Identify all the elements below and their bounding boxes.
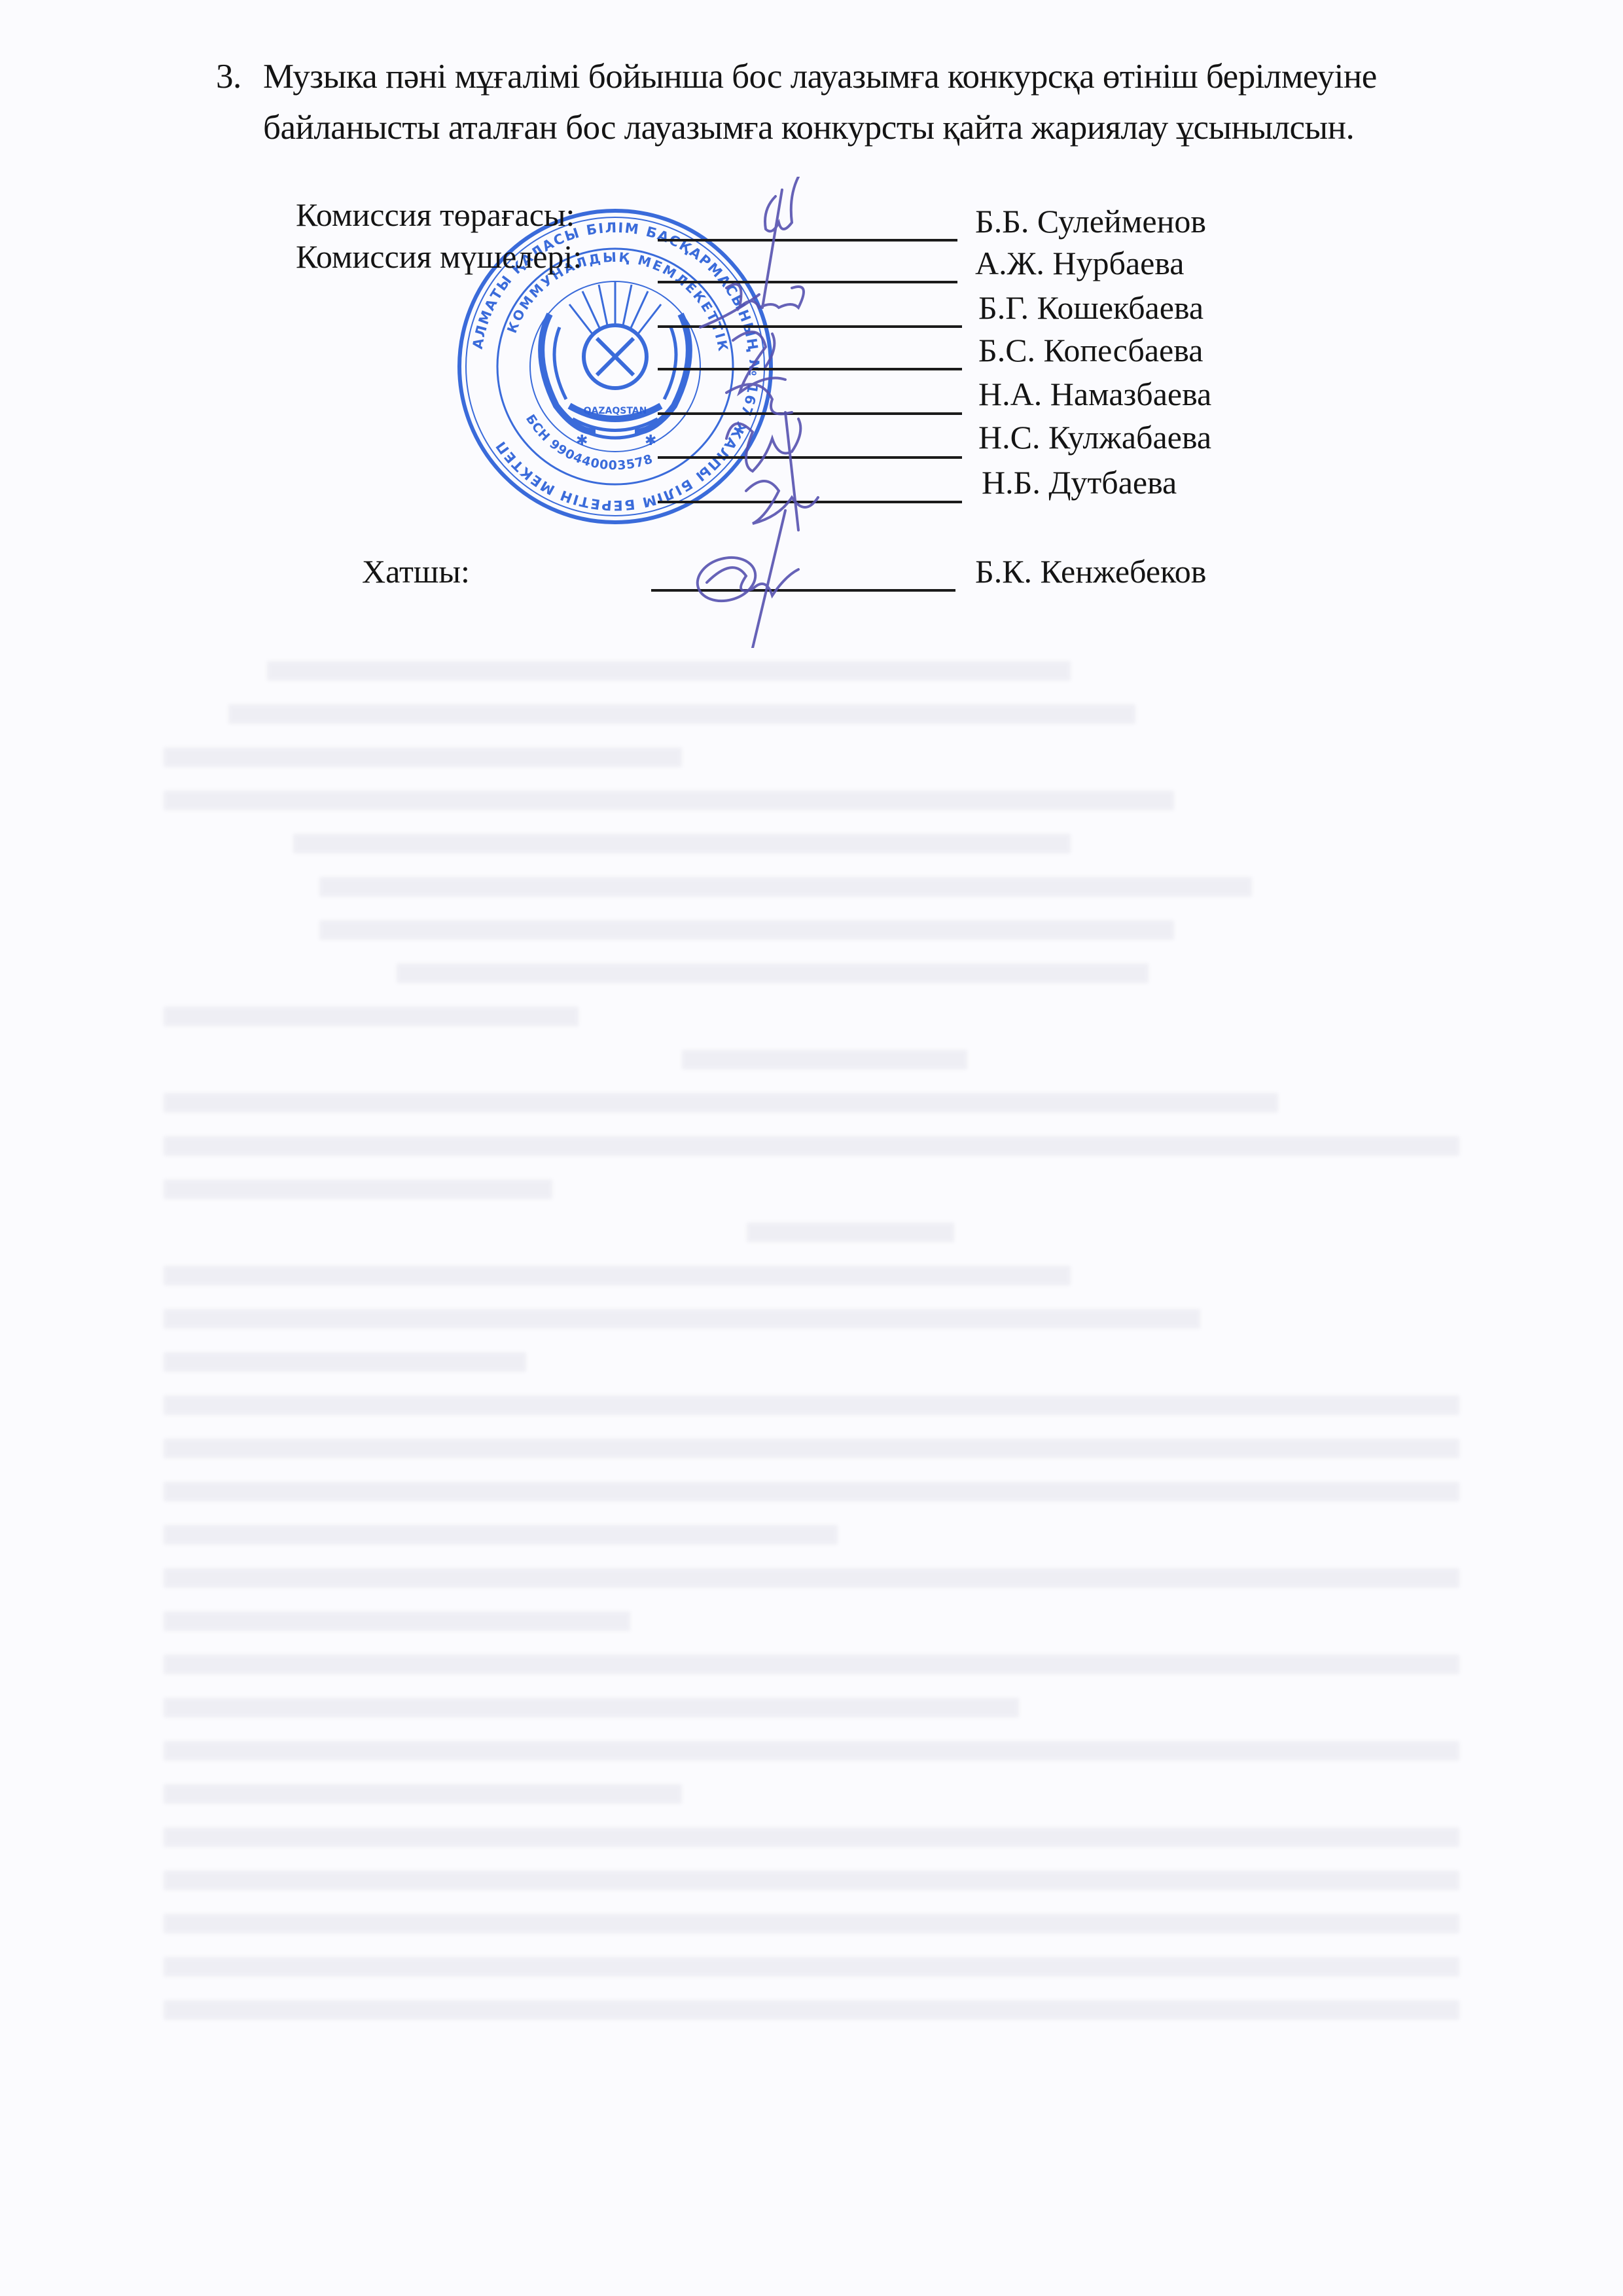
svg-text:БСН 990440003578: БСН 990440003578: [523, 412, 655, 473]
name-member-6: Н.Б. Дутбаева: [982, 463, 1177, 502]
resolution-item-3: 3.Музыка пәні мұғалімі бойынша бос лауаз…: [216, 51, 1558, 153]
svg-text:✱: ✱: [576, 433, 588, 449]
svg-text:QAZAQSTAN: QAZAQSTAN: [584, 406, 647, 416]
item-number: 3.: [216, 51, 263, 102]
name-secretary: Б.К. Кенжебеков: [975, 552, 1206, 591]
document-page: 3.Музыка пәні мұғалімі бойынша бос лауаз…: [0, 0, 1623, 2296]
name-member-4: Н.А. Намазбаева: [978, 374, 1211, 414]
bleed-through-text: [164, 661, 1459, 2043]
item-line-1: 3.Музыка пәні мұғалімі бойынша бос лауаз…: [216, 51, 1558, 102]
name-member-1: А.Ж. Нурбаева: [975, 243, 1184, 283]
chair-label: Комиссия төрағасы:: [296, 195, 575, 234]
secretary-label: Хатшы:: [362, 552, 470, 591]
name-member-2: Б.Г. Кошекбаева: [978, 288, 1204, 327]
name-member-3: Б.С. Копесбаева: [978, 331, 1203, 370]
name-member-5: Н.С. Кулжабаева: [978, 418, 1211, 457]
members-label: Комиссия мүшелері:: [296, 237, 582, 276]
handwritten-signatures: [654, 177, 995, 648]
name-chair: Б.Б. Сулейменов: [975, 202, 1206, 241]
item-line-2: байланысты аталған бос лауазымға конкурс…: [216, 102, 1558, 153]
